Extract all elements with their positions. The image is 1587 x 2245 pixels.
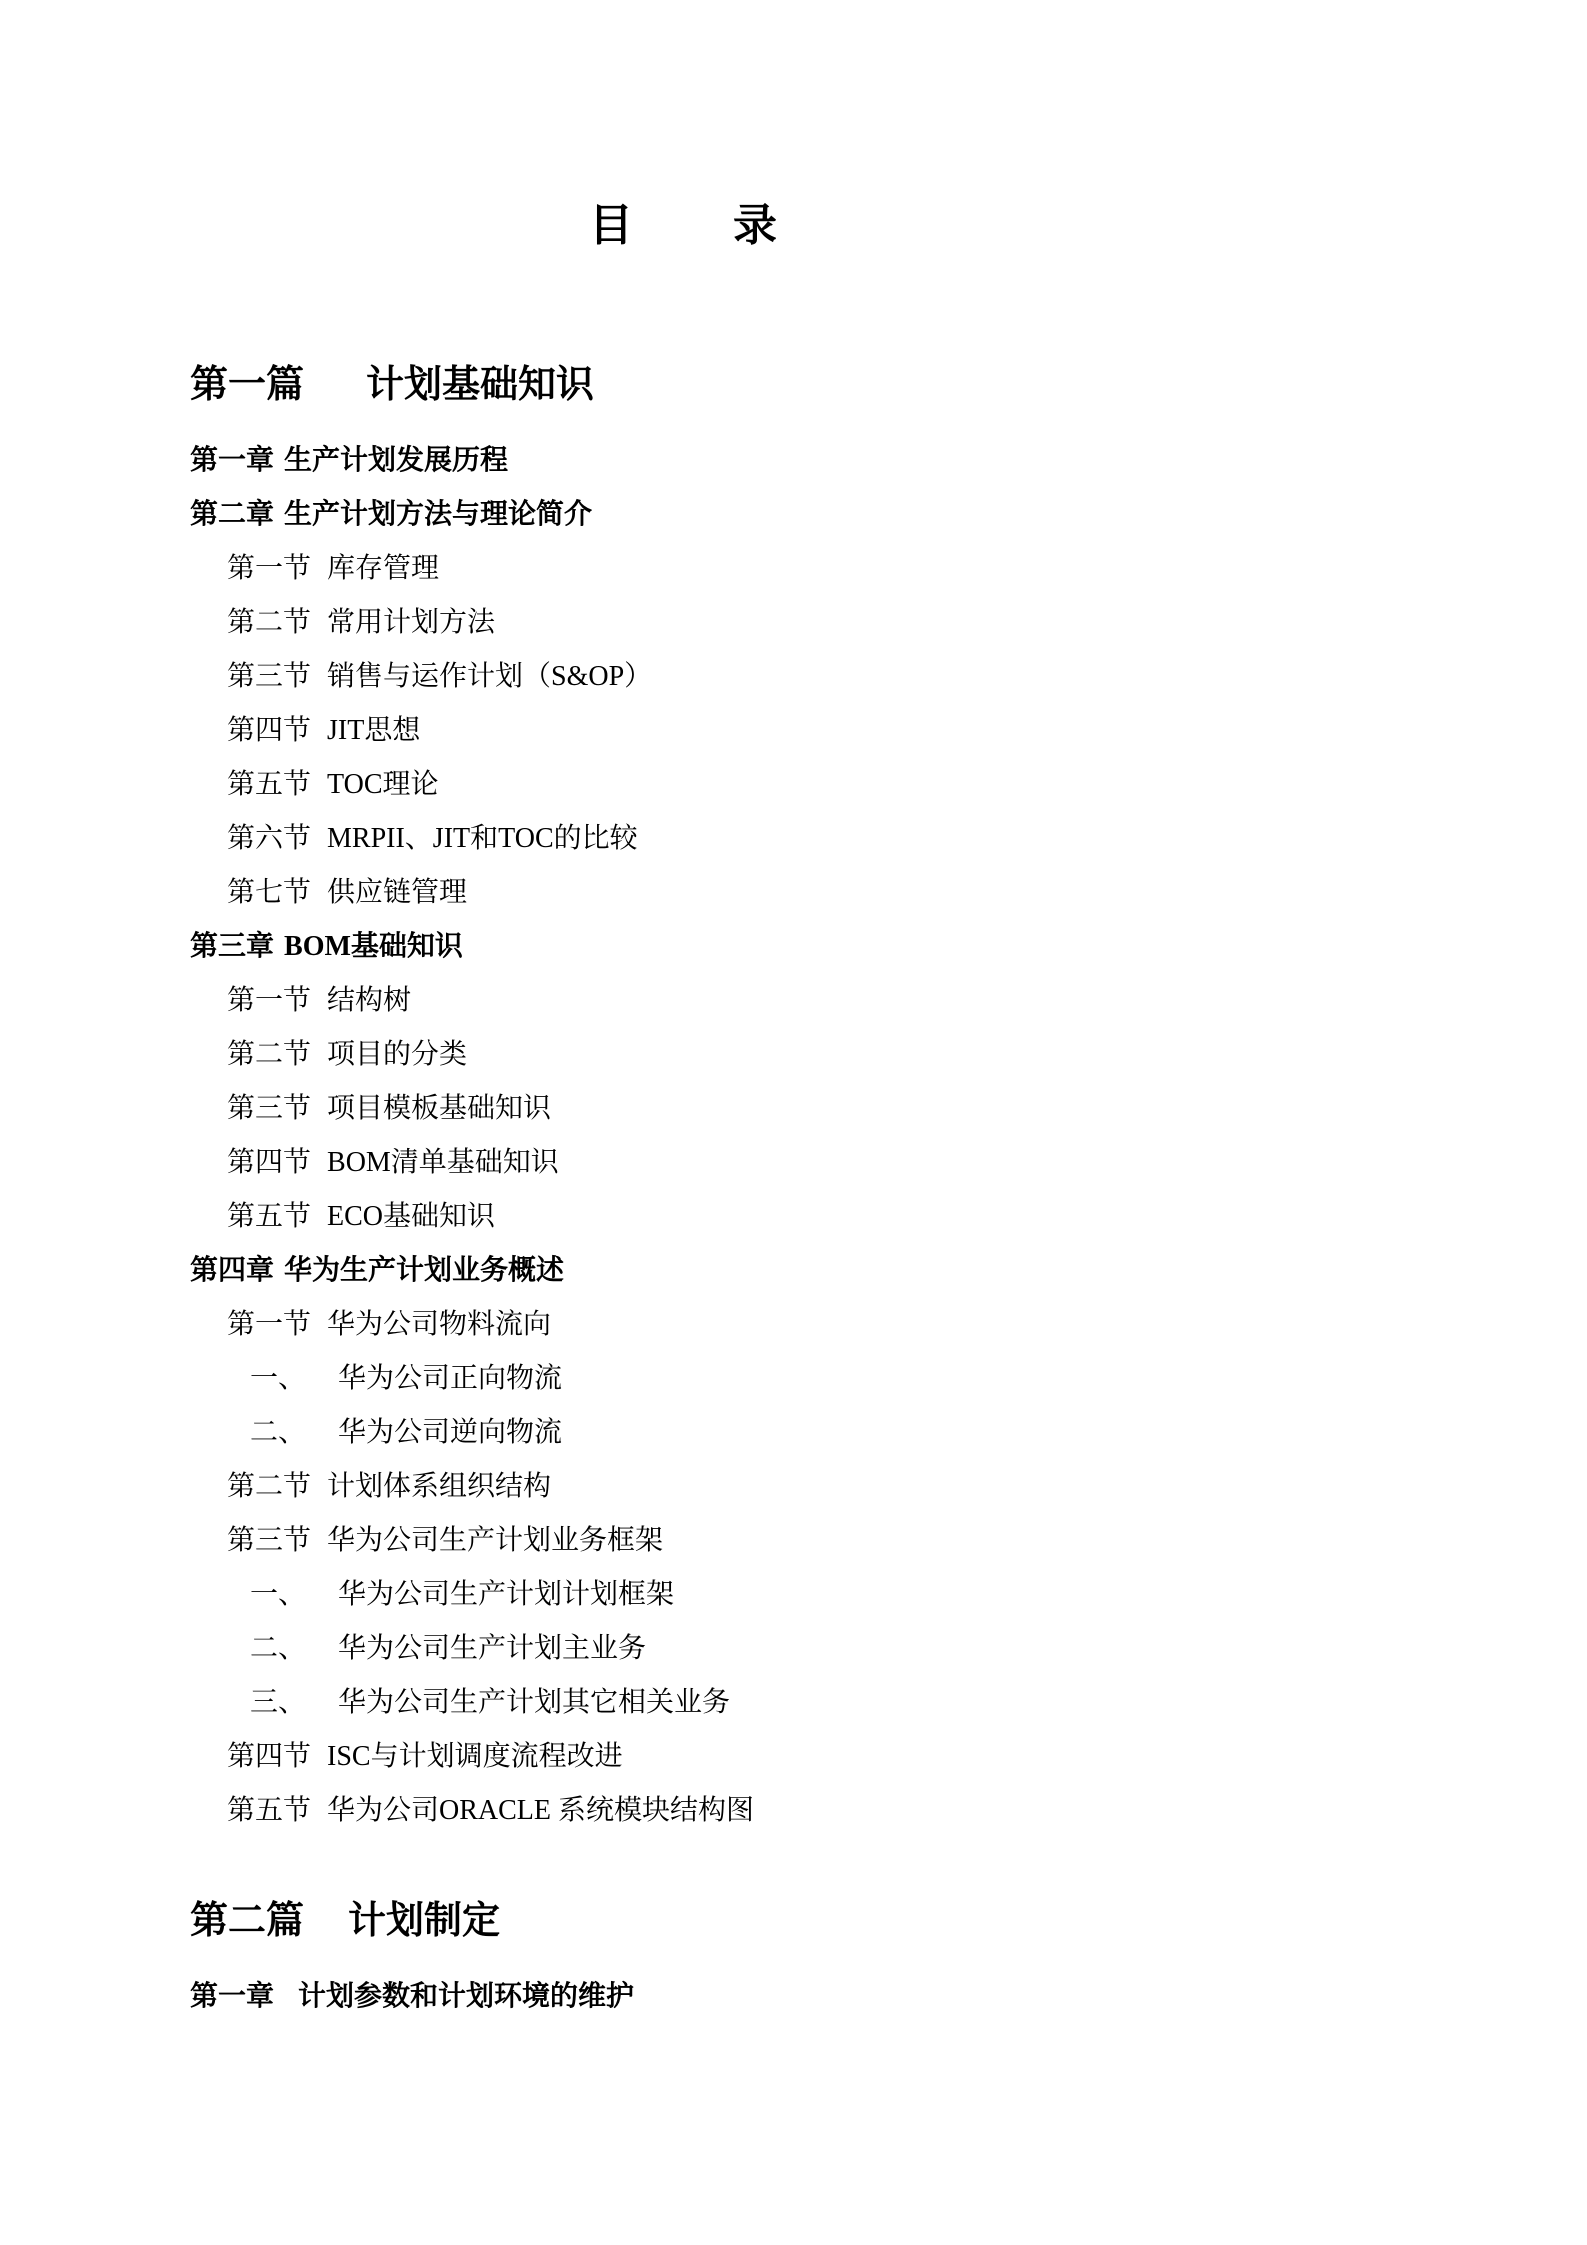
document-page: 目 录 第一篇计划基础知识第一章生产计划发展历程第二章生产计划方法与理论简介第一… <box>0 0 1587 2245</box>
toc-entry-number: 第一节 <box>227 984 311 1018</box>
toc-entry-title: 生产计划方法与理论简介 <box>284 499 592 530</box>
toc-entry-section: 第五节ECO基础知识 <box>190 1200 495 1234</box>
toc-entry-number: 第三节 <box>227 1524 311 1558</box>
toc-entry-number: 第一篇 <box>190 362 304 408</box>
toc-entry-number: 第三节 <box>227 1092 311 1126</box>
toc-entry-number: 第六节 <box>227 822 311 856</box>
toc-entry-title: 常用计划方法 <box>327 607 495 638</box>
toc-entry-title: TOC理论 <box>327 769 439 800</box>
toc-entry-part: 第一篇计划基础知识 <box>190 362 594 408</box>
toc-entry-section: 第二节计划体系组织结构 <box>190 1470 551 1504</box>
toc-entry-section: 第三节项目模板基础知识 <box>190 1092 551 1126</box>
toc-entry-section: 第四节BOM清单基础知识 <box>190 1146 559 1180</box>
toc-entry-title: BOM清单基础知识 <box>327 1147 559 1178</box>
toc-entry-title: 库存管理 <box>327 553 439 584</box>
toc-entry-title: 华为公司ORACLE 系统模块结构图 <box>327 1795 754 1826</box>
toc-entry-title: 华为公司逆向物流 <box>338 1417 562 1448</box>
toc-entry-number: 一、 <box>250 1362 306 1396</box>
toc-entry-title: 计划参数和计划环境的维护 <box>298 1981 634 2012</box>
toc-entry-number: 第三章 <box>190 930 274 964</box>
toc-entry-number: 第三节 <box>227 660 311 694</box>
toc-entry-number: 第一章 <box>190 1980 274 2014</box>
page-title: 目 录 <box>190 202 1180 250</box>
toc-entry-number: 第五节 <box>227 1200 311 1234</box>
toc-entry-number: 一、 <box>250 1578 306 1612</box>
toc-entry-title: 华为公司正向物流 <box>338 1363 562 1394</box>
toc-entry-title: 销售与运作计划（S&OP） <box>327 661 652 692</box>
toc-entry-title: 计划制定 <box>348 1900 500 1942</box>
toc-entry-title: 华为公司生产计划计划框架 <box>338 1579 674 1610</box>
toc-entry-number: 第四节 <box>227 1740 311 1774</box>
toc-entry-title: MRPII、JIT和TOC的比较 <box>327 823 638 854</box>
toc-entry-title: JIT思想 <box>327 715 420 746</box>
toc-entry-number: 第一章 <box>190 444 274 478</box>
toc-entry-section: 第七节供应链管理 <box>190 876 467 910</box>
toc-entry-number: 第七节 <box>227 876 311 910</box>
toc-entry-section: 第四节ISC与计划调度流程改进 <box>190 1740 623 1774</box>
toc-entry-sub: 二、华为公司逆向物流 <box>190 1416 562 1450</box>
toc-entry-title: 华为公司生产计划业务框架 <box>327 1525 663 1556</box>
toc-entry-section: 第三节华为公司生产计划业务框架 <box>190 1524 663 1558</box>
toc-entry-title: 华为公司生产计划主业务 <box>338 1633 646 1664</box>
toc-entry-number: 第二篇 <box>190 1898 304 1944</box>
toc-entry-title: 项目模板基础知识 <box>327 1093 551 1124</box>
toc-entry-number: 第四章 <box>190 1254 274 1288</box>
toc-entry-number: 二、 <box>250 1632 306 1666</box>
toc-entry-sub: 三、华为公司生产计划其它相关业务 <box>190 1686 730 1720</box>
toc-entry-chapter: 第一章计划参数和计划环境的维护 <box>190 1980 634 2014</box>
toc-entry-number: 第五节 <box>227 768 311 802</box>
toc-entry-number: 第四节 <box>227 1146 311 1180</box>
toc-entry-sub: 一、华为公司生产计划计划框架 <box>190 1578 674 1612</box>
toc-entry-section: 第五节TOC理论 <box>190 768 439 802</box>
toc-entry-number: 第五节 <box>227 1794 311 1828</box>
toc-entry-title: 华为公司物料流向 <box>327 1309 551 1340</box>
toc-entry-chapter: 第一章生产计划发展历程 <box>190 444 508 478</box>
toc-entry-section: 第五节华为公司ORACLE 系统模块结构图 <box>190 1794 754 1828</box>
toc-entry-chapter: 第三章BOM基础知识 <box>190 930 463 964</box>
toc-entry-title: 华为生产计划业务概述 <box>284 1255 564 1286</box>
toc-entry-section: 第六节MRPII、JIT和TOC的比较 <box>190 822 638 856</box>
toc-entry-number: 第二节 <box>227 1470 311 1504</box>
toc-entry-title: 项目的分类 <box>327 1039 467 1070</box>
toc-entry-number: 第二节 <box>227 606 311 640</box>
toc-entry-chapter: 第四章华为生产计划业务概述 <box>190 1254 564 1288</box>
toc-entry-title: 结构树 <box>327 985 411 1016</box>
toc-entry-number: 第一节 <box>227 552 311 586</box>
toc-entry-title: 计划体系组织结构 <box>327 1471 551 1502</box>
toc-entry-chapter: 第二章生产计划方法与理论简介 <box>190 498 592 532</box>
toc-entry-number: 二、 <box>250 1416 306 1450</box>
toc-entry-number: 三、 <box>250 1686 306 1720</box>
toc-entry-title: BOM基础知识 <box>284 931 463 962</box>
toc-entry-section: 第二节常用计划方法 <box>190 606 495 640</box>
toc-entry-sub: 一、华为公司正向物流 <box>190 1362 562 1396</box>
toc-entry-section: 第三节销售与运作计划（S&OP） <box>190 660 652 694</box>
toc-entry-number: 第二节 <box>227 1038 311 1072</box>
toc-entry-section: 第四节JIT思想 <box>190 714 420 748</box>
toc-entry-title: 计划基础知识 <box>366 364 594 406</box>
toc-entry-title: 供应链管理 <box>327 877 467 908</box>
toc-entry-section: 第二节项目的分类 <box>190 1038 467 1072</box>
toc-entry-section: 第一节华为公司物料流向 <box>190 1308 551 1342</box>
toc-entry-number: 第四节 <box>227 714 311 748</box>
toc-entry-title: 生产计划发展历程 <box>284 445 508 476</box>
toc-entry-sub: 二、华为公司生产计划主业务 <box>190 1632 646 1666</box>
toc-entry-title: ECO基础知识 <box>327 1201 495 1232</box>
toc-list: 第一篇计划基础知识第一章生产计划发展历程第二章生产计划方法与理论简介第一节库存管… <box>190 312 1487 2034</box>
toc-entry-number: 第二章 <box>190 498 274 532</box>
toc-entry-title: 华为公司生产计划其它相关业务 <box>338 1687 730 1718</box>
toc-entry-number: 第一节 <box>227 1308 311 1342</box>
toc-entry-section: 第一节结构树 <box>190 984 411 1018</box>
toc-entry-section: 第一节库存管理 <box>190 552 439 586</box>
toc-entry-title: ISC与计划调度流程改进 <box>327 1741 623 1772</box>
toc-entry-part: 第二篇计划制定 <box>190 1898 500 1944</box>
